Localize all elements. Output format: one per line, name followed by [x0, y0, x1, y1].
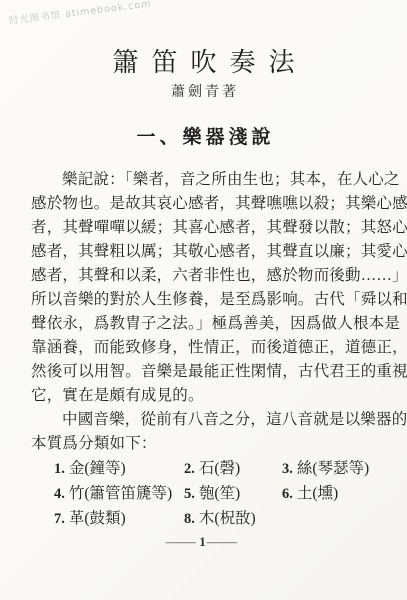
list-item: 4.竹(簫管笛篪等) — [54, 481, 184, 507]
item-label: 匏(笙) — [199, 485, 240, 502]
item-label: 金(鐘等) — [69, 460, 126, 477]
list-item — [282, 506, 407, 532]
item-label: 木(柷敔) — [199, 510, 256, 527]
item-number: 6. — [282, 486, 293, 502]
item-number: 4. — [54, 486, 65, 502]
list-item: 3.絲(琴瑟等) — [282, 456, 407, 482]
list-item: 5.匏(笙) — [184, 481, 282, 507]
list-item: 8.木(柷敔) — [184, 506, 282, 532]
page-footer: —1— — [0, 534, 407, 550]
body-line: 中國音樂，從前有八音之分，這八音就是以樂器的 — [31, 408, 376, 432]
item-number: 8. — [184, 511, 195, 527]
body-line: 所以音樂的對於人生修養，是至爲影响。古代「舜以和 — [31, 288, 376, 312]
item-label: 土(壎) — [297, 485, 338, 502]
body-text: 樂記說：「樂者，音之所由生也；其本，在人心之 感於物也。是故其哀心感者，其聲噍噍… — [31, 168, 376, 456]
item-number: 7. — [54, 511, 65, 527]
item-number: 1. — [54, 461, 65, 477]
list-row: 7.革(鼓類) 8.木(柷敔) — [54, 506, 407, 531]
body-line: 然後可以用智。音樂是最能正性閑情，古代君王的重視 — [31, 360, 376, 384]
author-byline: 蕭劍青著 — [0, 84, 407, 102]
list-row: 1.金(鐘等) 2.石(磬) 3.絲(琴瑟等) — [54, 456, 407, 481]
item-label: 革(鼓類) — [69, 510, 126, 527]
list-item: 6.土(壎) — [282, 481, 407, 507]
body-line: 樂記說：「樂者，音之所由生也；其本，在人心之 — [31, 168, 376, 192]
item-number: 2. — [184, 461, 195, 477]
instrument-list: 1.金(鐘等) 2.石(磬) 3.絲(琴瑟等) 4.竹(簫管笛篪等) 5.匏(笙… — [54, 456, 407, 531]
page-number-dash-right: — — [206, 534, 241, 550]
item-number: 3. — [282, 461, 293, 477]
body-line: 它，實在是頗有成見的。 — [31, 384, 376, 408]
item-label: 竹(簫管笛篪等) — [69, 485, 172, 502]
list-item: 1.金(鐘等) — [54, 456, 184, 482]
list-item: 7.革(鼓類) — [54, 506, 184, 532]
body-line: 感於物也。是故其哀心感者，其聲噍噍以殺；其樂心感 — [31, 192, 376, 216]
list-row: 4.竹(簫管笛篪等) 5.匏(笙) 6.土(壎) — [54, 481, 407, 506]
list-item: 2.石(磬) — [184, 456, 282, 482]
item-label: 絲(琴瑟等) — [297, 460, 369, 477]
body-line: 者，其聲嘽嘽以緩；其喜心感者，其聲發以散；其怒心 — [31, 216, 376, 240]
watermark: 时光图书馆 atimebook.com — [8, 0, 152, 27]
body-line: 感者，其聲和以柔，六者非性也，感於物而後動……」 — [31, 264, 376, 288]
body-line: 靠涵養，而能致修身，性情正，而後道德正，道德正， — [31, 336, 376, 360]
item-label: 石(磬) — [199, 460, 240, 477]
book-title: 簫笛吹奏法 — [0, 48, 407, 78]
body-line: 聲依永，爲教胄子之法。」極爲善美，因爲做人根本是 — [31, 312, 376, 336]
item-number: 5. — [184, 486, 195, 502]
page-number-dash-left: — — [166, 534, 201, 550]
book-page: 时光图书馆 atimebook.com 簫笛吹奏法 蕭劍青著 一、樂器淺說 樂記… — [0, 0, 407, 600]
section-heading: 一、樂器淺說 — [0, 126, 407, 150]
body-line: 感者，其聲粗以厲；其敬心感者，其聲直以廉；其愛心 — [31, 240, 376, 264]
body-line: 本質爲分類如下： — [31, 432, 376, 456]
